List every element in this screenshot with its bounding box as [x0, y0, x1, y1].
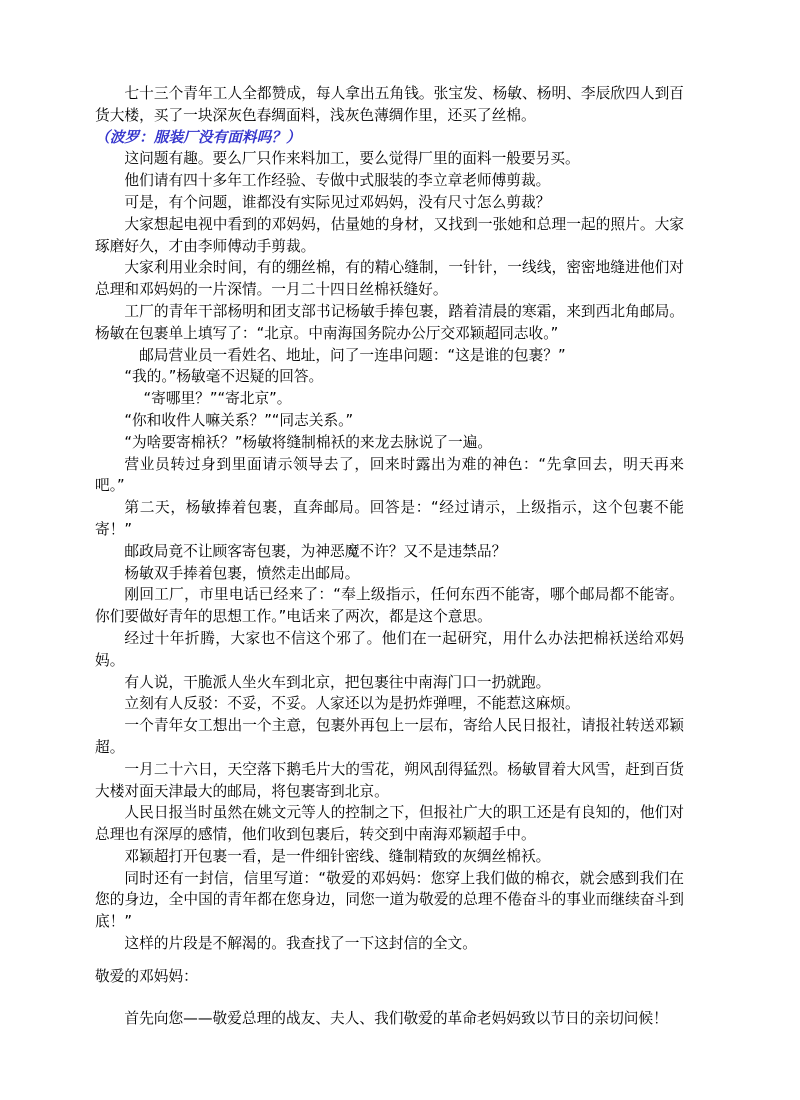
paragraph: 营业员转过身到里面请示领导去了，回来时露出为难的神色：“先拿回去，明天再来吧。” — [95, 454, 684, 498]
paragraph: 这问题有趣。要么厂只作来料加工，要么觉得厂里的面料一般要另买。 — [95, 148, 684, 170]
paragraph: 同时还有一封信，信里写道：“敬爱的邓妈妈：您穿上我们做的棉衣，就会感到我们在您的… — [95, 868, 684, 933]
paragraph: 他们请有四十多年工作经验、专做中式服装的李立章老师傅剪裁。 — [95, 170, 684, 192]
paragraph: 工厂的青年干部杨明和团支部书记杨敏手捧包裹，踏着清晨的寒霜，来到西北角邮局。杨敏… — [95, 301, 684, 345]
paragraph: “你和收件人嘛关系？”“同志关系。” — [95, 410, 684, 432]
paragraph: 大家想起电视中看到的邓妈妈，估量她的身材，又找到一张她和总理一起的照片。大家琢磨… — [95, 214, 684, 258]
paragraph: 邮政局竟不让顾客寄包裹，为神恶魔不许？又不是违禁品？ — [95, 541, 684, 563]
annotation-paragraph: （波罗：服装厂没有面料吗？） — [95, 127, 684, 149]
paragraph: “为啥要寄棉袄？”杨敏将缝制棉袄的来龙去脉说了一遍。 — [95, 432, 684, 454]
paragraph: 杨敏双手捧着包裹，愤然走出邮局。 — [95, 563, 684, 585]
paragraph: “寄哪里？”“寄北京”。 — [95, 388, 684, 410]
paragraph: 刚回工厂，市里电话已经来了：“奉上级指示，任何东西不能寄，哪个邮局都不能寄。你们… — [95, 584, 684, 628]
paragraph: 人民日报当时虽然在姚文元等人的控制之下，但报社广大的职工还是有良知的，他们对总理… — [95, 802, 684, 846]
paragraph: 大家利用业余时间，有的绷丝棉，有的精心缝制，一针针，一线线，密密地缝进他们对总理… — [95, 257, 684, 301]
document-body: 七十三个青年工人全都赞成，每人拿出五角钱。张宝发、杨敏、杨明、李辰欣四人到百货大… — [95, 83, 684, 1029]
paragraph: 有人说，干脆派人坐火车到北京，把包裹往中南海门口一扔就跑。 — [95, 672, 684, 694]
paragraph: 这样的片段是不解渴的。我查找了一下这封信的全文。 — [95, 933, 684, 955]
document-page: 七十三个青年工人全都赞成，每人拿出五角钱。张宝发、杨敏、杨明、李辰欣四人到百货大… — [0, 0, 800, 1100]
paragraph: 邮局营业员一看姓名、地址，问了一连串问题：“这是谁的包裹？” — [95, 345, 684, 367]
paragraph: 立刻有人反驳：不妥，不妥。人家还以为是扔炸弹哩，不能惹这麻烦。 — [95, 693, 684, 715]
paragraph: 一月二十六日，天空落下鹅毛片大的雪花，朔风刮得猛烈。杨敏冒着大风雪，赶到百货大楼… — [95, 759, 684, 803]
paragraph: 一个青年女工想出一个主意，包裹外再包上一层布，寄给人民日报社，请报社转送邓颖超。 — [95, 715, 684, 759]
paragraph: 七十三个青年工人全都赞成，每人拿出五角钱。张宝发、杨敏、杨明、李辰欣四人到百货大… — [95, 83, 684, 127]
letter-opening-paragraph: 首先向您——敬爱总理的战友、夫人、我们敬爱的革命老妈妈致以节日的亲切问候！ — [95, 1008, 684, 1030]
letter-salutation: 敬爱的邓妈妈： — [95, 966, 684, 988]
paragraph: 邓颖超打开包裹一看，是一件细针密线、缝制精致的灰绸丝棉袄。 — [95, 846, 684, 868]
paragraph: 第二天，杨敏捧着包裹，直奔邮局。回答是：“经过请示，上级指示，这个包裹不能寄！” — [95, 497, 684, 541]
paragraph: 经过十年折腾，大家也不信这个邪了。他们在一起研究，用什么办法把棉袄送给邓妈妈。 — [95, 628, 684, 672]
paragraph: “我的。”杨敏毫不迟疑的回答。 — [95, 366, 684, 388]
paragraph: 可是，有个问题，谁都没有实际见过邓妈妈，没有尺寸怎么剪裁？ — [95, 192, 684, 214]
